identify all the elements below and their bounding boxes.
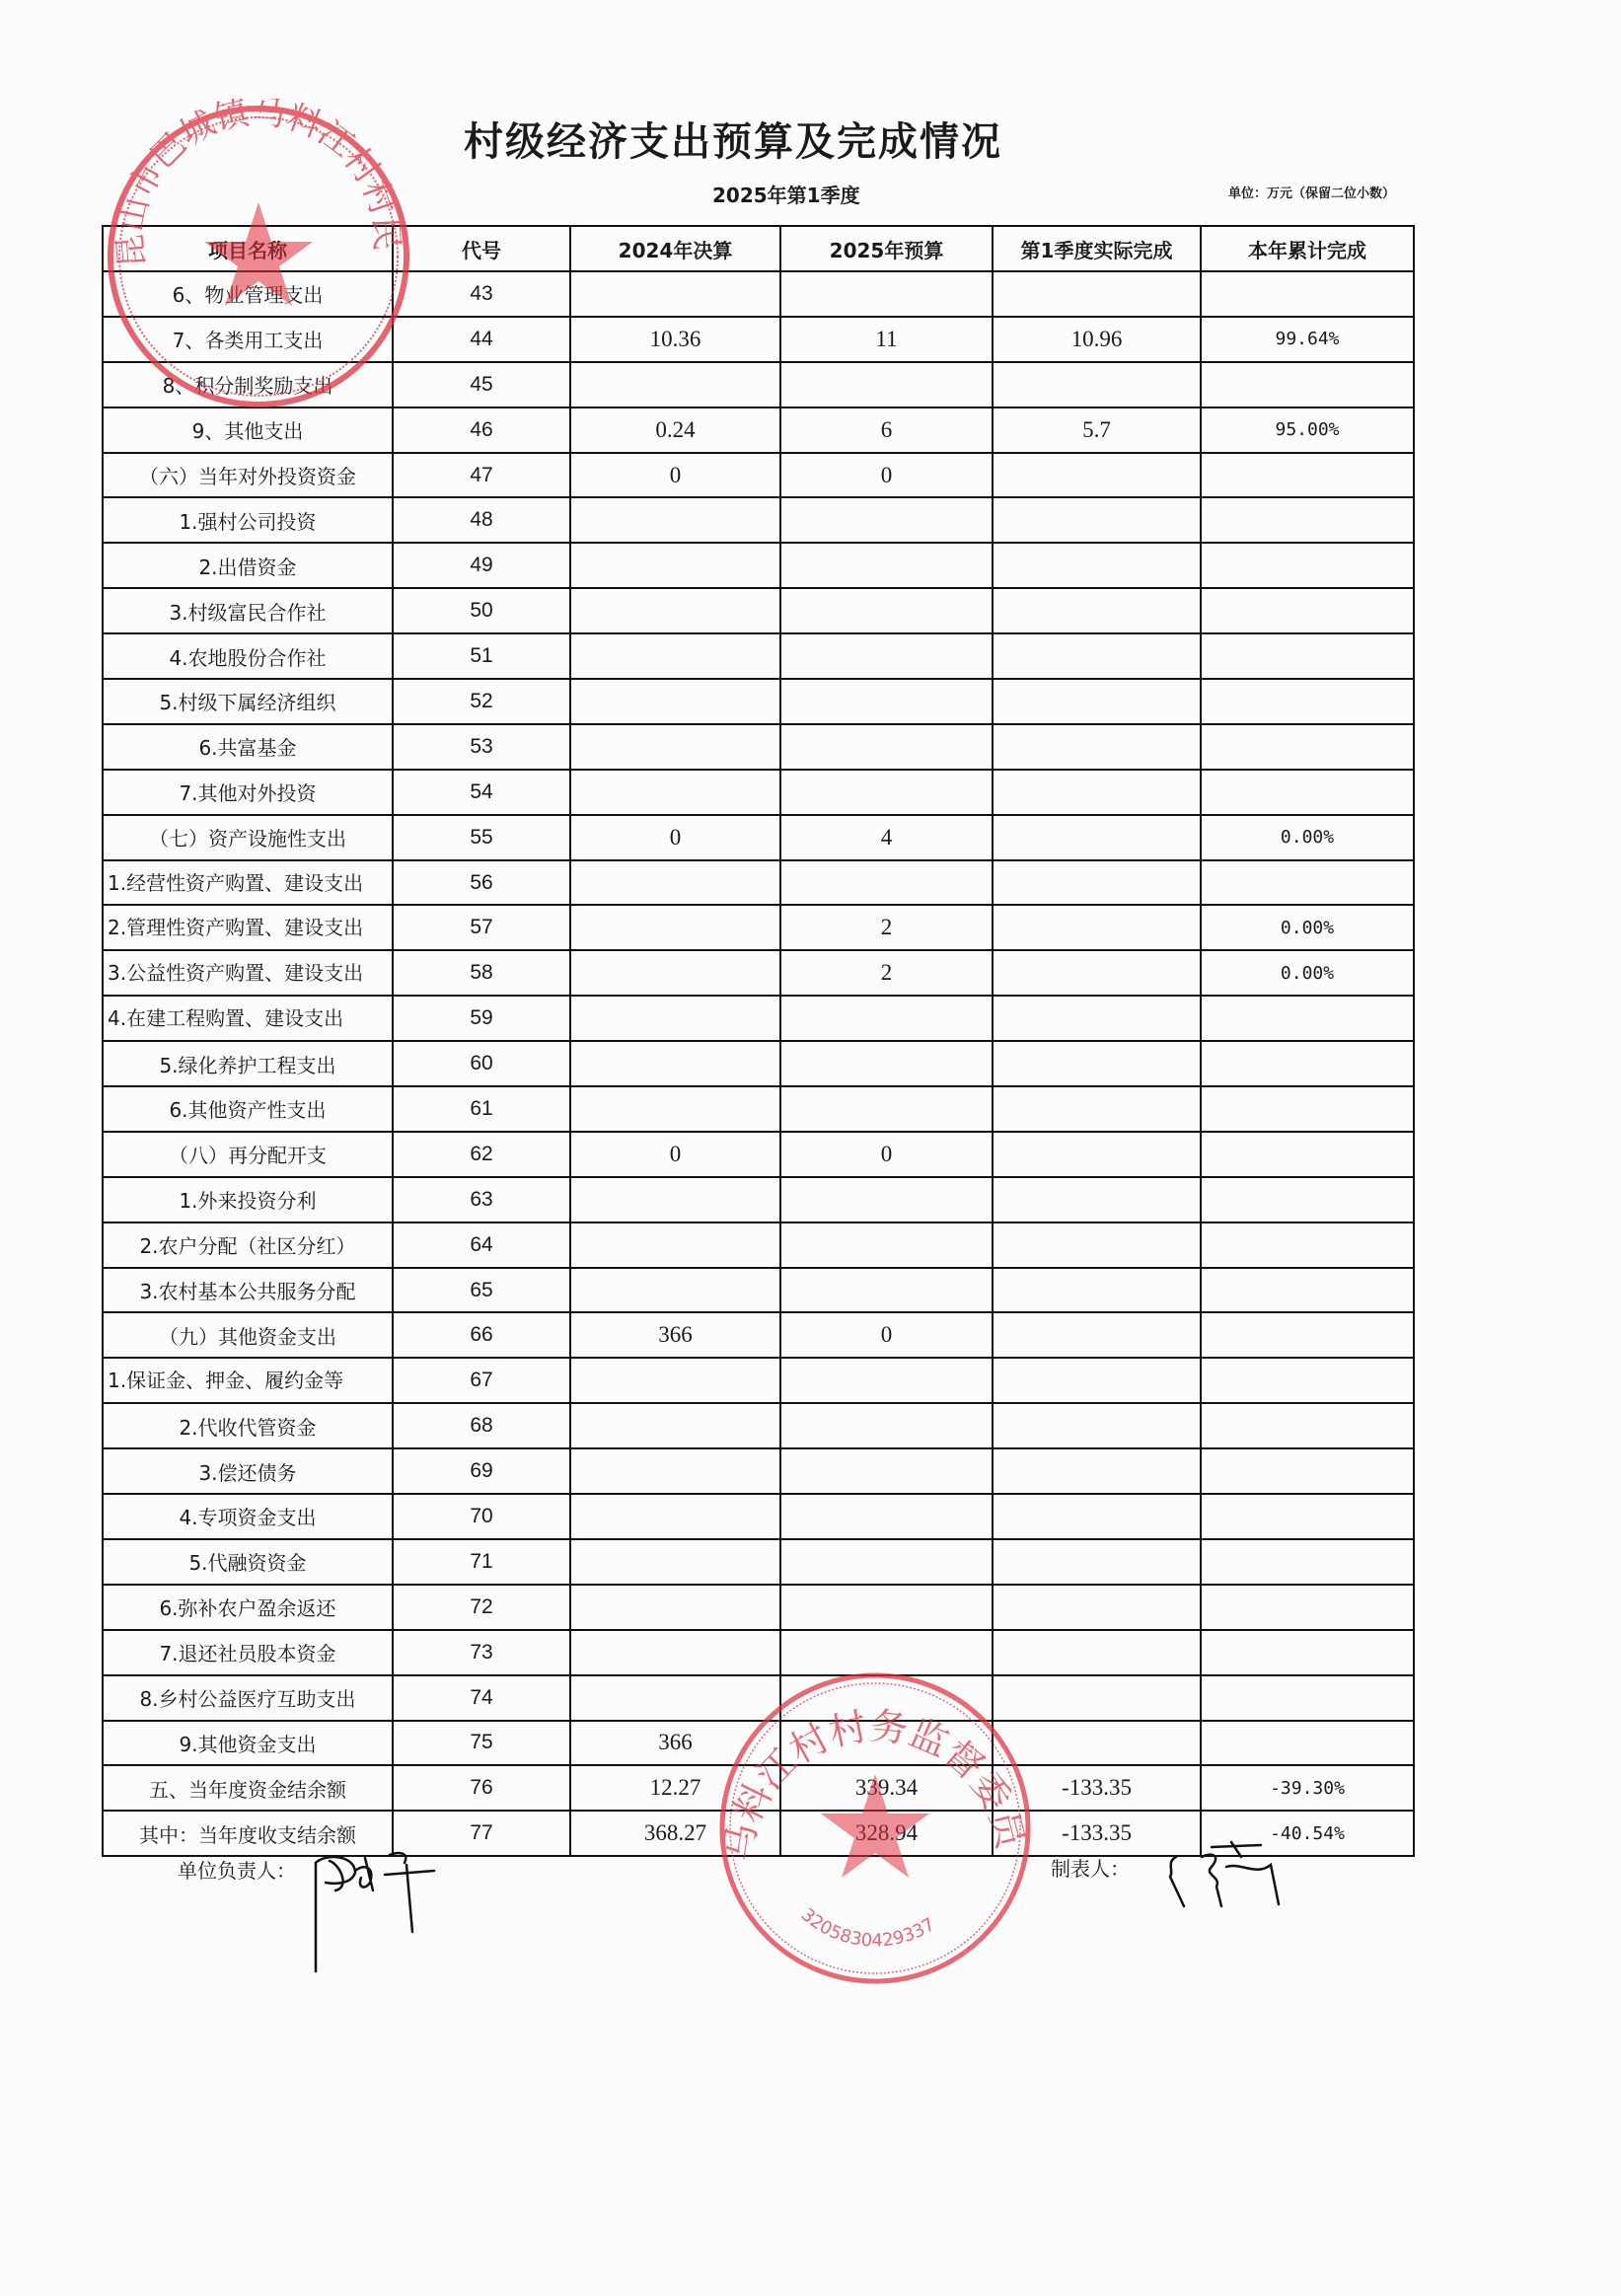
code-cell: 69 <box>393 1448 570 1494</box>
final-2024-cell: 0 <box>570 453 780 498</box>
ytd-completion-cell <box>1201 1585 1414 1630</box>
item-name-cell: 4.农地股份合作社 <box>103 633 393 679</box>
final-2024-cell: 366 <box>570 1721 780 1766</box>
table-row: 五、当年度资金结余额7612.27339.34-133.35-39.30% <box>103 1765 1414 1811</box>
item-name-cell: 5.代融资资金 <box>103 1539 393 1585</box>
q1-actual-cell <box>993 1630 1201 1675</box>
budget-2025-cell <box>780 724 993 770</box>
final-2024-cell <box>570 1403 780 1448</box>
table-row: 3.偿还债务69 <box>103 1448 1414 1494</box>
final-2024-cell: 0 <box>570 815 780 860</box>
budget-2025-cell: 6 <box>780 407 993 453</box>
q1-actual-cell <box>993 1721 1201 1766</box>
q1-actual-cell <box>993 1448 1201 1494</box>
q1-actual-cell <box>993 996 1201 1041</box>
code-cell: 50 <box>393 588 570 633</box>
budget-2025-cell <box>780 1630 993 1675</box>
final-2024-cell <box>570 679 780 724</box>
budget-2025-cell <box>780 1403 993 1448</box>
q1-actual-cell <box>993 588 1201 633</box>
ytd-completion-cell <box>1201 996 1414 1041</box>
final-2024-cell: 368.27 <box>570 1811 780 1856</box>
item-name-cell: 7.其他对外投资 <box>103 770 393 815</box>
table-row: 1.强村公司投资48 <box>103 497 1414 543</box>
ytd-completion-cell: 99.64% <box>1201 317 1414 362</box>
final-2024-cell <box>570 633 780 679</box>
ytd-completion-cell <box>1201 1177 1414 1222</box>
q1-actual-cell <box>993 1177 1201 1222</box>
budget-2025-cell <box>780 1041 993 1086</box>
budget-2025-cell <box>780 1675 993 1721</box>
unit-head-label: 单位负责人： <box>178 1855 296 1884</box>
ytd-completion-cell: 0.00% <box>1201 905 1414 950</box>
table-row: 6.弥补农户盈余返还72 <box>103 1585 1414 1630</box>
table-row: 4.在建工程购置、建设支出59 <box>103 996 1414 1041</box>
code-cell: 46 <box>393 407 570 453</box>
item-name-cell: 6.其他资产性支出 <box>103 1086 393 1132</box>
ytd-completion-cell <box>1201 860 1414 906</box>
code-cell: 67 <box>393 1358 570 1403</box>
table-row: 7.退还社员股本资金73 <box>103 1630 1414 1675</box>
final-2024-cell <box>570 860 780 906</box>
final-2024-cell <box>570 1585 780 1630</box>
item-name-cell: 8、积分制奖励支出 <box>103 362 393 407</box>
item-name-cell: 1.经营性资产购置、建设支出 <box>103 860 393 906</box>
budget-2025-cell <box>780 1721 993 1766</box>
final-2024-cell <box>570 905 780 950</box>
q1-actual-cell <box>993 905 1201 950</box>
code-cell: 51 <box>393 633 570 679</box>
ytd-completion-cell <box>1201 1358 1414 1403</box>
budget-2025-cell <box>780 1358 993 1403</box>
ytd-completion-cell <box>1201 1041 1414 1086</box>
budget-2025-cell <box>780 1177 993 1222</box>
table-row: 2.管理性资产购置、建设支出5720.00% <box>103 905 1414 950</box>
q1-actual-cell <box>993 1132 1201 1177</box>
ytd-completion-cell <box>1201 1086 1414 1132</box>
ytd-completion-cell <box>1201 633 1414 679</box>
item-name-cell: 五、当年度资金结余额 <box>103 1765 393 1811</box>
final-2024-cell <box>570 996 780 1041</box>
code-cell: 73 <box>393 1630 570 1675</box>
ytd-completion-cell <box>1201 271 1414 317</box>
q1-actual-cell: 5.7 <box>993 407 1201 453</box>
item-name-cell: 3.农村基本公共服务分配 <box>103 1268 393 1313</box>
code-cell: 54 <box>393 770 570 815</box>
final-2024-cell <box>570 497 780 543</box>
table-header-row: 项目名称 代号 2024年决算 2025年预算 第1季度实际完成 本年累计完成 <box>103 226 1414 271</box>
final-2024-cell: 0 <box>570 1132 780 1177</box>
item-name-cell: 4.在建工程购置、建设支出 <box>103 996 393 1041</box>
table-row: 7.其他对外投资54 <box>103 770 1414 815</box>
table-row: 4.专项资金支出70 <box>103 1494 1414 1539</box>
budget-2025-cell <box>780 1448 993 1494</box>
budget-2025-cell <box>780 1585 993 1630</box>
table-row: 5.绿化养护工程支出60 <box>103 1041 1414 1086</box>
budget-2025-cell <box>780 543 993 588</box>
table-row: 5.村级下属经济组织52 <box>103 679 1414 724</box>
q1-actual-cell <box>993 1268 1201 1313</box>
ytd-completion-cell <box>1201 1268 1414 1313</box>
ytd-completion-cell <box>1201 497 1414 543</box>
final-2024-cell <box>570 1539 780 1585</box>
item-name-cell: 5.绿化养护工程支出 <box>103 1041 393 1086</box>
table-row: 1.外来投资分利63 <box>103 1177 1414 1222</box>
table-row: 3.公益性资产购置、建设支出5820.00% <box>103 950 1414 996</box>
report-period: 2025年第1季度 <box>712 180 860 208</box>
q1-actual-cell <box>993 1675 1201 1721</box>
table-row: 1.保证金、押金、履约金等67 <box>103 1358 1414 1403</box>
ytd-completion-cell <box>1201 543 1414 588</box>
q1-actual-cell <box>993 1494 1201 1539</box>
budget-2025-cell: 339.34 <box>780 1765 993 1811</box>
ytd-completion-cell <box>1201 1222 1414 1268</box>
q1-actual-cell <box>993 679 1201 724</box>
ytd-completion-cell <box>1201 1630 1414 1675</box>
item-name-cell: 9、其他支出 <box>103 407 393 453</box>
q1-actual-cell <box>993 1312 1201 1358</box>
item-name-cell: 8.乡村公益医疗互助支出 <box>103 1675 393 1721</box>
code-cell: 59 <box>393 996 570 1041</box>
ytd-completion-cell: 0.00% <box>1201 815 1414 860</box>
final-2024-cell <box>570 543 780 588</box>
header-q1-actual: 第1季度实际完成 <box>993 226 1201 271</box>
item-name-cell: 1.保证金、押金、履约金等 <box>103 1358 393 1403</box>
ytd-completion-cell <box>1201 770 1414 815</box>
q1-actual-cell <box>993 1585 1201 1630</box>
q1-actual-cell <box>993 362 1201 407</box>
code-cell: 63 <box>393 1177 570 1222</box>
code-cell: 60 <box>393 1041 570 1086</box>
ytd-completion-cell: -40.54% <box>1201 1811 1414 1856</box>
item-name-cell: 7、各类用工支出 <box>103 317 393 362</box>
q1-actual-cell <box>993 543 1201 588</box>
code-cell: 57 <box>393 905 570 950</box>
final-2024-cell: 10.36 <box>570 317 780 362</box>
budget-2025-cell: 11 <box>780 317 993 362</box>
q1-actual-cell <box>993 770 1201 815</box>
item-name-cell: （七）资产设施性支出 <box>103 815 393 860</box>
q1-actual-cell <box>993 950 1201 996</box>
table-row: 8.乡村公益医疗互助支出74 <box>103 1675 1414 1721</box>
item-name-cell: 9.其他资金支出 <box>103 1721 393 1766</box>
item-name-cell: 6、物业管理支出 <box>103 271 393 317</box>
table-row: 其中：当年度收支结余额77368.27328.94-133.35-40.54% <box>103 1811 1414 1856</box>
table-row: 1.经营性资产购置、建设支出56 <box>103 860 1414 906</box>
budget-2025-cell <box>780 1086 993 1132</box>
code-cell: 65 <box>393 1268 570 1313</box>
table-row: 3.村级富民合作社50 <box>103 588 1414 633</box>
table-row: 6、物业管理支出43 <box>103 271 1414 317</box>
final-2024-cell <box>570 1448 780 1494</box>
code-cell: 47 <box>393 453 570 498</box>
ytd-completion-cell <box>1201 1539 1414 1585</box>
q1-actual-cell <box>993 1222 1201 1268</box>
preparer-label: 制表人： <box>1051 1853 1130 1882</box>
ytd-completion-cell <box>1201 1312 1414 1358</box>
q1-actual-cell <box>993 860 1201 906</box>
header-item-name: 项目名称 <box>103 226 393 271</box>
q1-actual-cell <box>993 271 1201 317</box>
table-row: 5.代融资资金71 <box>103 1539 1414 1585</box>
final-2024-cell <box>570 1086 780 1132</box>
unit-head-signature <box>296 1843 493 1981</box>
item-name-cell: 2.代收代管资金 <box>103 1403 393 1448</box>
final-2024-cell <box>570 588 780 633</box>
item-name-cell: 1.外来投资分利 <box>103 1177 393 1222</box>
table-row: （七）资产设施性支出55040.00% <box>103 815 1414 860</box>
budget-table: 项目名称 代号 2024年决算 2025年预算 第1季度实际完成 本年累计完成 … <box>102 225 1415 1857</box>
budget-2025-cell <box>780 271 993 317</box>
ytd-completion-cell <box>1201 588 1414 633</box>
item-name-cell: 其中：当年度收支结余额 <box>103 1811 393 1856</box>
ytd-completion-cell <box>1201 1403 1414 1448</box>
item-name-cell: 4.专项资金支出 <box>103 1494 393 1539</box>
table-row: （八）再分配开支6200 <box>103 1132 1414 1177</box>
budget-2025-cell <box>780 633 993 679</box>
ytd-completion-cell <box>1201 1721 1414 1766</box>
code-cell: 45 <box>393 362 570 407</box>
ytd-completion-cell <box>1201 1448 1414 1494</box>
item-name-cell: 2.出借资金 <box>103 543 393 588</box>
final-2024-cell: 366 <box>570 1312 780 1358</box>
q1-actual-cell <box>993 1358 1201 1403</box>
table-row: 2.代收代管资金68 <box>103 1403 1414 1448</box>
header-budget-2025: 2025年预算 <box>780 226 993 271</box>
table-row: 8、积分制奖励支出45 <box>103 362 1414 407</box>
item-name-cell: 1.强村公司投资 <box>103 497 393 543</box>
unit-note: 单位：万元（保留二位小数） <box>1228 183 1395 201</box>
item-name-cell: 3.偿还债务 <box>103 1448 393 1494</box>
final-2024-cell <box>570 1358 780 1403</box>
final-2024-cell <box>570 1177 780 1222</box>
budget-2025-cell <box>780 996 993 1041</box>
budget-2025-cell <box>780 1494 993 1539</box>
q1-actual-cell <box>993 1539 1201 1585</box>
header-final-2024: 2024年决算 <box>570 226 780 271</box>
q1-actual-cell <box>993 1041 1201 1086</box>
item-name-cell: （八）再分配开支 <box>103 1132 393 1177</box>
code-cell: 75 <box>393 1721 570 1766</box>
ytd-completion-cell: 95.00% <box>1201 407 1414 453</box>
code-cell: 43 <box>393 271 570 317</box>
code-cell: 55 <box>393 815 570 860</box>
q1-actual-cell: 10.96 <box>993 317 1201 362</box>
budget-2025-cell <box>780 1268 993 1313</box>
code-cell: 53 <box>393 724 570 770</box>
item-name-cell: 3.村级富民合作社 <box>103 588 393 633</box>
budget-2025-cell: 0 <box>780 1312 993 1358</box>
final-2024-cell <box>570 950 780 996</box>
ytd-completion-cell <box>1201 724 1414 770</box>
table-row: 2.农户分配（社区分红）64 <box>103 1222 1414 1268</box>
final-2024-cell <box>570 1675 780 1721</box>
table-row: 7、各类用工支出4410.361110.9699.64% <box>103 317 1414 362</box>
final-2024-cell <box>570 271 780 317</box>
budget-2025-cell: 4 <box>780 815 993 860</box>
final-2024-cell <box>570 1222 780 1268</box>
table-row: 6.共富基金53 <box>103 724 1414 770</box>
budget-2025-cell <box>780 588 993 633</box>
q1-actual-cell: -133.35 <box>993 1765 1201 1811</box>
q1-actual-cell <box>993 497 1201 543</box>
table-row: （六）当年对外投资资金4700 <box>103 453 1414 498</box>
ytd-completion-cell <box>1201 453 1414 498</box>
code-cell: 61 <box>393 1086 570 1132</box>
budget-2025-cell <box>780 1539 993 1585</box>
q1-actual-cell <box>993 815 1201 860</box>
budget-2025-cell: 2 <box>780 905 993 950</box>
code-cell: 71 <box>393 1539 570 1585</box>
header-ytd-completion: 本年累计完成 <box>1201 226 1414 271</box>
ytd-completion-cell <box>1201 679 1414 724</box>
table-row: 9.其他资金支出75366 <box>103 1721 1414 1766</box>
item-name-cell: 3.公益性资产购置、建设支出 <box>103 950 393 996</box>
code-cell: 49 <box>393 543 570 588</box>
budget-2025-cell <box>780 497 993 543</box>
ytd-completion-cell <box>1201 1675 1414 1721</box>
code-cell: 52 <box>393 679 570 724</box>
final-2024-cell: 12.27 <box>570 1765 780 1811</box>
table-row: 6.其他资产性支出61 <box>103 1086 1414 1132</box>
item-name-cell: 6.共富基金 <box>103 724 393 770</box>
final-2024-cell <box>570 1268 780 1313</box>
code-cell: 64 <box>393 1222 570 1268</box>
ytd-completion-cell <box>1201 1132 1414 1177</box>
final-2024-cell <box>570 1630 780 1675</box>
item-name-cell: 2.农户分配（社区分红） <box>103 1222 393 1268</box>
code-cell: 72 <box>393 1585 570 1630</box>
item-name-cell: 2.管理性资产购置、建设支出 <box>103 905 393 950</box>
budget-2025-cell <box>780 679 993 724</box>
budget-2025-cell <box>780 770 993 815</box>
q1-actual-cell <box>993 1403 1201 1448</box>
ytd-completion-cell: 0.00% <box>1201 950 1414 996</box>
budget-2025-cell <box>780 362 993 407</box>
q1-actual-cell: -133.35 <box>993 1811 1201 1856</box>
item-name-cell: 6.弥补农户盈余返还 <box>103 1585 393 1630</box>
table-row: 2.出借资金49 <box>103 543 1414 588</box>
code-cell: 68 <box>393 1403 570 1448</box>
item-name-cell: （六）当年对外投资资金 <box>103 453 393 498</box>
budget-2025-cell: 0 <box>780 453 993 498</box>
item-name-cell: 5.村级下属经济组织 <box>103 679 393 724</box>
budget-2025-cell: 2 <box>780 950 993 996</box>
item-name-cell: （九）其他资金支出 <box>103 1312 393 1358</box>
budget-2025-cell: 0 <box>780 1132 993 1177</box>
final-2024-cell: 0.24 <box>570 407 780 453</box>
code-cell: 70 <box>393 1494 570 1539</box>
q1-actual-cell <box>993 453 1201 498</box>
code-cell: 56 <box>393 860 570 906</box>
stamp-bottom-code: 3205830429337 <box>797 1904 939 1951</box>
code-cell: 62 <box>393 1132 570 1177</box>
code-cell: 44 <box>393 317 570 362</box>
budget-2025-cell: 328.94 <box>780 1811 993 1856</box>
q1-actual-cell <box>993 633 1201 679</box>
table-row: （九）其他资金支出663660 <box>103 1312 1414 1358</box>
ytd-completion-cell: -39.30% <box>1201 1765 1414 1811</box>
final-2024-cell <box>570 770 780 815</box>
code-cell: 74 <box>393 1675 570 1721</box>
table-row: 9、其他支出460.2465.795.00% <box>103 407 1414 453</box>
final-2024-cell <box>570 724 780 770</box>
code-cell: 77 <box>393 1811 570 1856</box>
final-2024-cell <box>570 1494 780 1539</box>
q1-actual-cell <box>993 724 1201 770</box>
budget-2025-cell <box>780 860 993 906</box>
final-2024-cell <box>570 362 780 407</box>
code-cell: 48 <box>393 497 570 543</box>
table-row: 3.农村基本公共服务分配65 <box>103 1268 1414 1313</box>
budget-2025-cell <box>780 1222 993 1268</box>
code-cell: 76 <box>393 1765 570 1811</box>
header-code: 代号 <box>393 226 570 271</box>
page-title: 村级经济支出预算及完成情况 <box>464 111 1002 167</box>
ytd-completion-cell <box>1201 1494 1414 1539</box>
svg-text:3205830429337: 3205830429337 <box>797 1904 939 1951</box>
code-cell: 66 <box>393 1312 570 1358</box>
final-2024-cell <box>570 1041 780 1086</box>
item-name-cell: 7.退还社员股本资金 <box>103 1630 393 1675</box>
code-cell: 58 <box>393 950 570 996</box>
ytd-completion-cell <box>1201 362 1414 407</box>
table-row: 4.农地股份合作社51 <box>103 633 1414 679</box>
q1-actual-cell <box>993 1086 1201 1132</box>
